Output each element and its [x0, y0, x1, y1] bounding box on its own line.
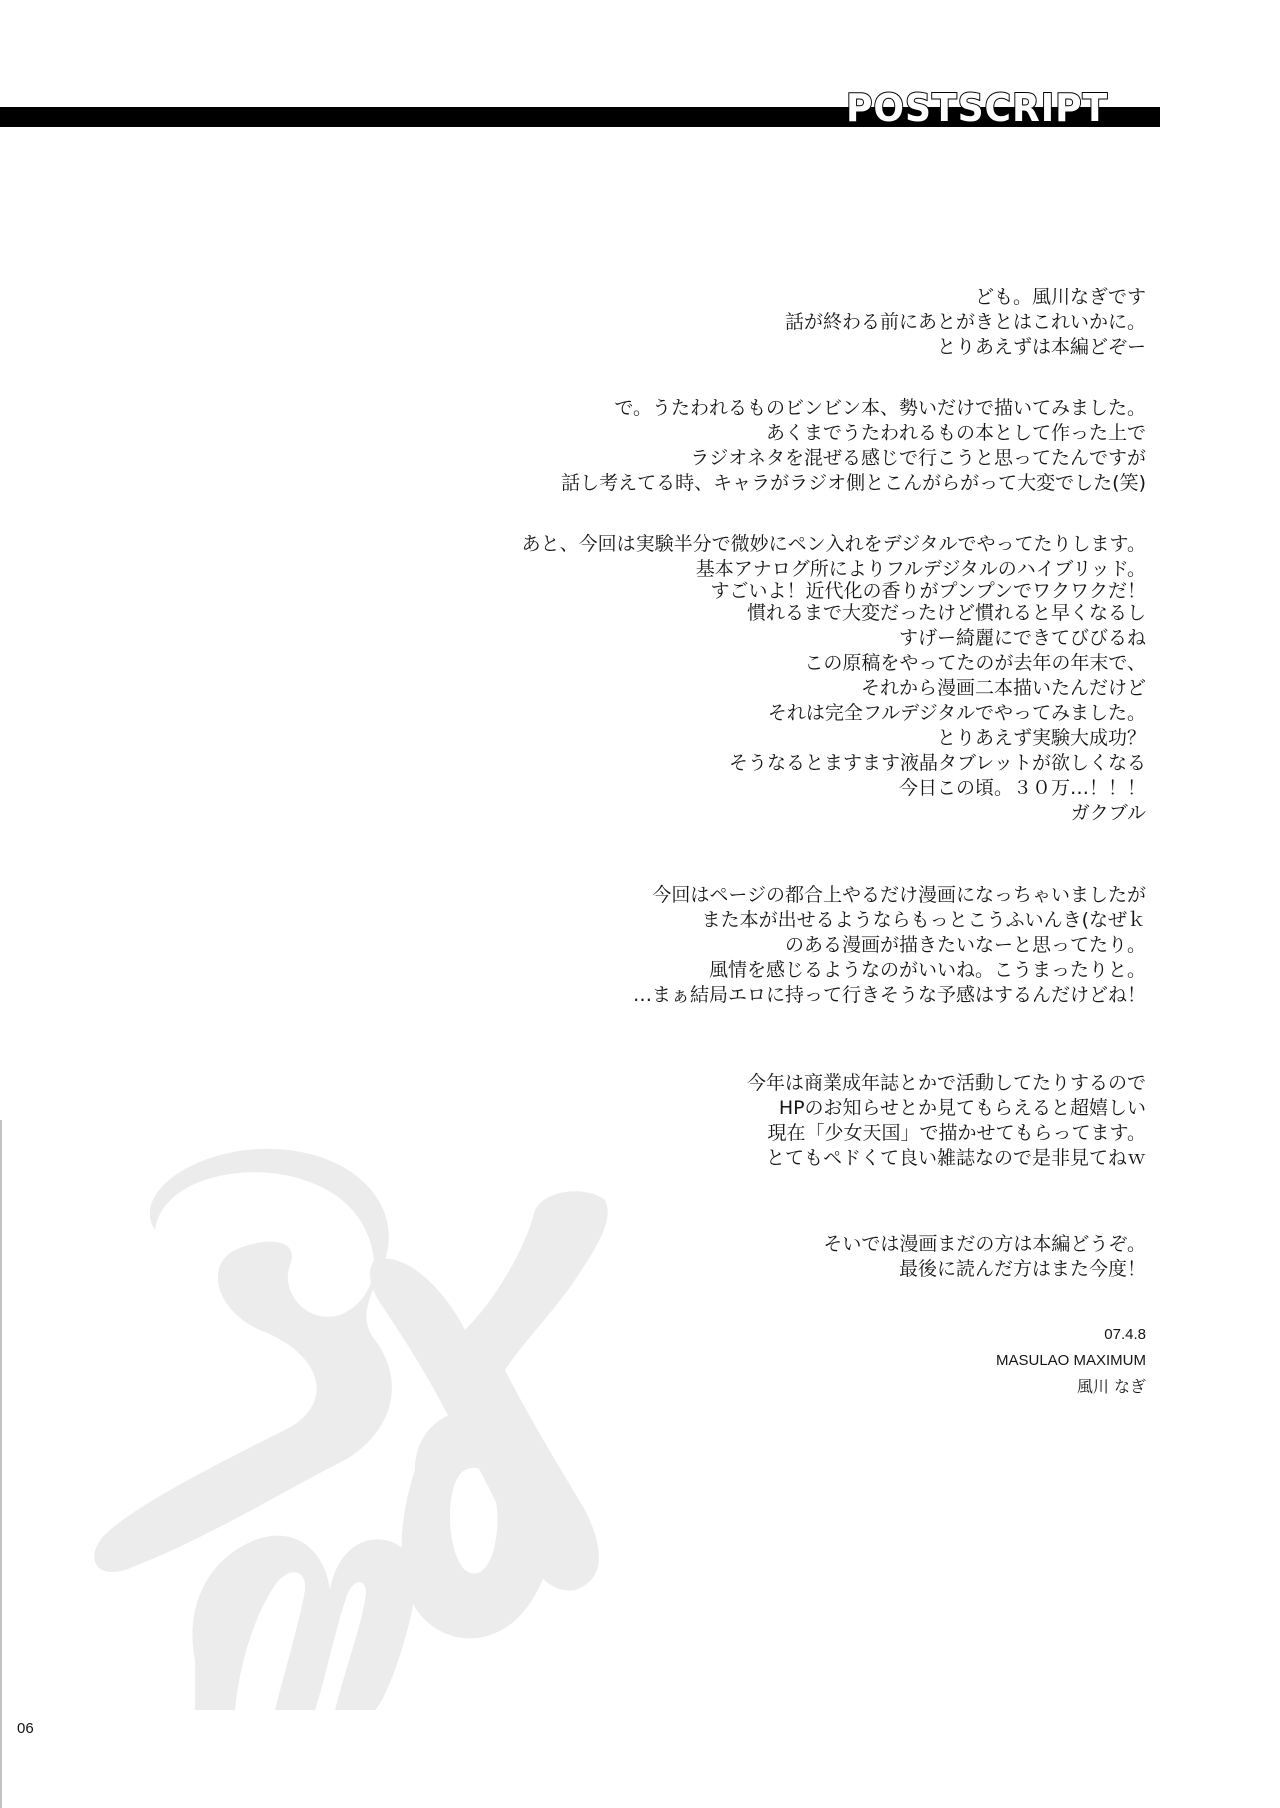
calligraphy-watermark-icon [85, 1140, 725, 1710]
signature: 07.4.8 MASULAO MAXIMUM 風川 なぎ [996, 1322, 1146, 1400]
text-line: 現在「少女天国」で描かせてもらってます。 [747, 1121, 1146, 1146]
text-line: とりあえずは本編どぞー [785, 335, 1146, 360]
text-line: 風情を感じるようなのがいいね。こうまったりと。 [633, 958, 1146, 983]
text-line: 最後に読んだ方はまた今度！ [823, 1257, 1146, 1282]
page-title: POSTSCRIPT [846, 88, 1108, 128]
text-line: また本が出せるようならもっとこうふいんき(なぜｋ [633, 908, 1146, 933]
text-line: ラジオネタを混ぜる感じで行こうと思ってたんですが [561, 446, 1146, 471]
signature-author: 風川 なぎ [996, 1374, 1146, 1400]
text-line: ガクブル [522, 801, 1146, 826]
text-line: で。うたわれるものビンビン本、勢いだけで描いてみました。 [561, 396, 1146, 421]
text-line: この原稿をやってたのが去年の年末で、 [522, 651, 1146, 676]
text-line: 今年は商業成年誌とかで活動してたりするので [747, 1071, 1146, 1096]
signature-date: 07.4.8 [996, 1322, 1146, 1348]
text-line: ども。風川なぎです [785, 285, 1146, 310]
text-line: 話が終わる前にあとがきとはこれいかに。 [785, 310, 1146, 335]
closing-paragraph: そいでは漫画まだの方は本編どうぞ。 最後に読んだ方はまた今度！ [823, 1232, 1146, 1282]
text-line: とてもペドくて良い雑誌なので是非見てねｗ [747, 1146, 1146, 1171]
scan-edge-line [0, 1120, 2, 1808]
text-line: そうなるとますます液晶タブレットが欲しくなる [522, 751, 1146, 776]
page-number: 06 [17, 1720, 34, 1737]
text-line: …まぁ結局エロに持って行きそうな予感はするんだけどね！ [633, 983, 1146, 1008]
manga-plans-paragraph: 今回はページの都合上やるだけ漫画になっちゃいましたが また本が出せるようならもっ… [633, 883, 1146, 1008]
text-line: のある漫画が描きたいなーと思ってたり。 [633, 933, 1146, 958]
greeting-paragraph: ども。風川なぎです 話が終わる前にあとがきとはこれいかに。 とりあえずは本編どぞ… [785, 285, 1146, 360]
text-line: HPのお知らせとか見てもらえると超嬉しい [747, 1096, 1146, 1121]
text-line: 慣れるまで大変だったけど慣れると早くなるし [522, 601, 1146, 626]
signature-circle: MASULAO MAXIMUM [996, 1348, 1146, 1374]
text-line: すげー綺麗にできてびびるね [522, 626, 1146, 651]
text-line: あと、今回は実験半分で微妙にペン入れをデジタルでやってたりします。 [522, 532, 1146, 557]
text-line: 話し考えてる時、キャラがラジオ側とこんがらがって大変でした(笑) [561, 471, 1146, 496]
text-line: 今日この頃。３０万…！！！ [522, 776, 1146, 801]
text-line: それは完全フルデジタルでやってみました。 [522, 701, 1146, 726]
text-line: それから漫画二本描いたんだけど [522, 676, 1146, 701]
text-line: そいでは漫画まだの方は本編どうぞ。 [823, 1232, 1146, 1257]
book-concept-paragraph: で。うたわれるものビンビン本、勢いだけで描いてみました。 あくまでうたわれるもの… [561, 396, 1146, 496]
text-line: とりあえず実験大成功？ [522, 726, 1146, 751]
commercial-work-paragraph: 今年は商業成年誌とかで活動してたりするので HPのお知らせとか見てもらえると超嬉… [747, 1071, 1146, 1171]
text-line: 今回はページの都合上やるだけ漫画になっちゃいましたが [633, 883, 1146, 908]
text-line: 基本アナログ所によりフルデジタルのハイブリッド。 [522, 557, 1146, 582]
digital-inking-paragraph: あと、今回は実験半分で微妙にペン入れをデジタルでやってたりします。 基本アナログ… [522, 532, 1146, 826]
text-line: あくまでうたわれるもの本として作った上で [561, 421, 1146, 446]
text-line: すごいよ！近代化の香りがプンプンでワクワクだ！ [522, 582, 1146, 601]
